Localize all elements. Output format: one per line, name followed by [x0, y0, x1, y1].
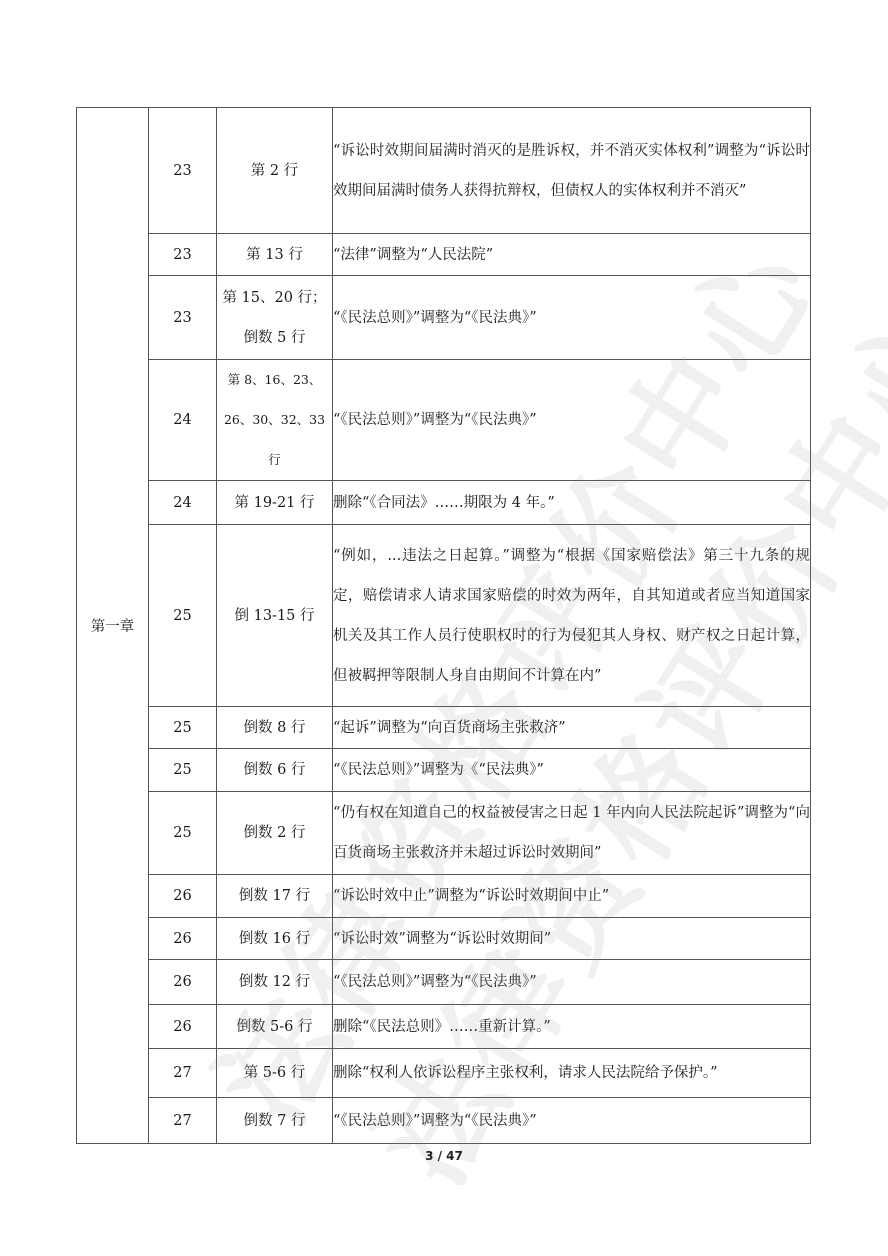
line-number-cell: 第 19-21 行 [217, 481, 333, 525]
correction-description-cell: “例如，...违法之日起算。”调整为“根据《国家赔偿法》第三十九条的规定，赔偿请… [333, 525, 811, 707]
page-number-cell: 27 [149, 1098, 217, 1144]
correction-description-cell: “诉讼时效期间届满时消灭的是胜诉权，并不消灭实体权利”调整为“诉讼时效期间届满时… [333, 108, 811, 234]
table-row: 24第 8、16、23、26、30、32、33 行“《民法总则》”调整为“《民法… [77, 360, 811, 481]
correction-description-cell: “《民法总则》”调整为《“民法典》” [333, 749, 811, 792]
errata-table-body: 第一章23第 2 行“诉讼时效期间届满时消灭的是胜诉权，并不消灭实体权利”调整为… [77, 108, 811, 1144]
line-number-cell: 第 8、16、23、26、30、32、33 行 [217, 360, 333, 481]
page-number-cell: 26 [149, 1005, 217, 1049]
line-number-cell: 第 13 行 [217, 234, 333, 276]
page-number-cell: 26 [149, 960, 217, 1005]
table-row: 23第 15、20 行；倒数 5 行“《民法总则》”调整为“《民法典》” [77, 276, 811, 360]
page-number-cell: 25 [149, 525, 217, 707]
page-number-cell: 23 [149, 276, 217, 360]
table-row: 25倒数 6 行“《民法总则》”调整为《“民法典》” [77, 749, 811, 792]
table-row: 27倒数 7 行“《民法总则》”调整为“《民法典》” [77, 1098, 811, 1144]
table-row: 25倒数 2 行“仍有权在知道自己的权益被侵害之日起 1 年内向人民法院起诉”调… [77, 792, 811, 875]
correction-description-cell: “法律”调整为“人民法院” [333, 234, 811, 276]
page-number-cell: 24 [149, 481, 217, 525]
correction-description-cell: 删除“权利人依诉讼程序主张权利，请求人民法院给予保护。” [333, 1049, 811, 1098]
line-number-cell: 倒数 5-6 行 [217, 1005, 333, 1049]
page-number-cell: 25 [149, 707, 217, 749]
page-number: 3 / 47 [0, 1149, 888, 1163]
correction-description-cell: “《民法总则》”调整为“《民法典》” [333, 360, 811, 481]
correction-description-cell: 删除“《合同法》……期限为 4 年。” [333, 481, 811, 525]
page-number-cell: 26 [149, 918, 217, 960]
page-number-cell: 23 [149, 234, 217, 276]
line-number-cell: 倒数 16 行 [217, 918, 333, 960]
page-number-cell: 25 [149, 792, 217, 875]
line-number-cell: 倒 13-15 行 [217, 525, 333, 707]
table-row: 24第 19-21 行删除“《合同法》……期限为 4 年。” [77, 481, 811, 525]
line-number-cell: 倒数 8 行 [217, 707, 333, 749]
line-number-cell: 倒数 7 行 [217, 1098, 333, 1144]
page-number-cell: 26 [149, 875, 217, 918]
line-number-cell: 第 5-6 行 [217, 1049, 333, 1098]
correction-description-cell: “《民法总则》”调整为“《民法典》” [333, 276, 811, 360]
correction-description-cell: “仍有权在知道自己的权益被侵害之日起 1 年内向人民法院起诉”调整为“向百货商场… [333, 792, 811, 875]
table-row: 26倒数 16 行“诉讼时效”调整为“诉讼时效期间” [77, 918, 811, 960]
correction-description-cell: “《民法总则》”调整为“《民法典》” [333, 960, 811, 1005]
line-number-cell: 倒数 12 行 [217, 960, 333, 1005]
table-row: 27第 5-6 行删除“权利人依诉讼程序主张权利，请求人民法院给予保护。” [77, 1049, 811, 1098]
page-number-cell: 27 [149, 1049, 217, 1098]
line-number-cell: 第 15、20 行；倒数 5 行 [217, 276, 333, 360]
table-row: 26倒数 12 行“《民法总则》”调整为“《民法典》” [77, 960, 811, 1005]
line-number-cell: 倒数 17 行 [217, 875, 333, 918]
table-row: 26倒数 17 行“诉讼时效中止”调整为“诉讼时效期间中止” [77, 875, 811, 918]
table-row: 25倒数 8 行“起诉”调整为“向百货商场主张救济” [77, 707, 811, 749]
table-row: 26倒数 5-6 行删除“《民法总则》……重新计算。” [77, 1005, 811, 1049]
page-number-cell: 25 [149, 749, 217, 792]
correction-description-cell: “《民法总则》”调整为“《民法典》” [333, 1098, 811, 1144]
table-row: 25倒 13-15 行“例如，...违法之日起算。”调整为“根据《国家赔偿法》第… [77, 525, 811, 707]
errata-table: 第一章23第 2 行“诉讼时效期间届满时消灭的是胜诉权，并不消灭实体权利”调整为… [76, 107, 811, 1144]
line-number-cell: 第 2 行 [217, 108, 333, 234]
correction-description-cell: “诉讼时效”调整为“诉讼时效期间” [333, 918, 811, 960]
table-row: 第一章23第 2 行“诉讼时效期间届满时消灭的是胜诉权，并不消灭实体权利”调整为… [77, 108, 811, 234]
table-row: 23第 13 行“法律”调整为“人民法院” [77, 234, 811, 276]
chapter-cell: 第一章 [77, 108, 149, 1144]
document-page: 第一章23第 2 行“诉讼时效期间届满时消灭的是胜诉权，并不消灭实体权利”调整为… [0, 0, 888, 1256]
line-number-cell: 倒数 6 行 [217, 749, 333, 792]
line-number-cell: 倒数 2 行 [217, 792, 333, 875]
page-number-cell: 23 [149, 108, 217, 234]
page-number-cell: 24 [149, 360, 217, 481]
correction-description-cell: “起诉”调整为“向百货商场主张救济” [333, 707, 811, 749]
correction-description-cell: 删除“《民法总则》……重新计算。” [333, 1005, 811, 1049]
correction-description-cell: “诉讼时效中止”调整为“诉讼时效期间中止” [333, 875, 811, 918]
